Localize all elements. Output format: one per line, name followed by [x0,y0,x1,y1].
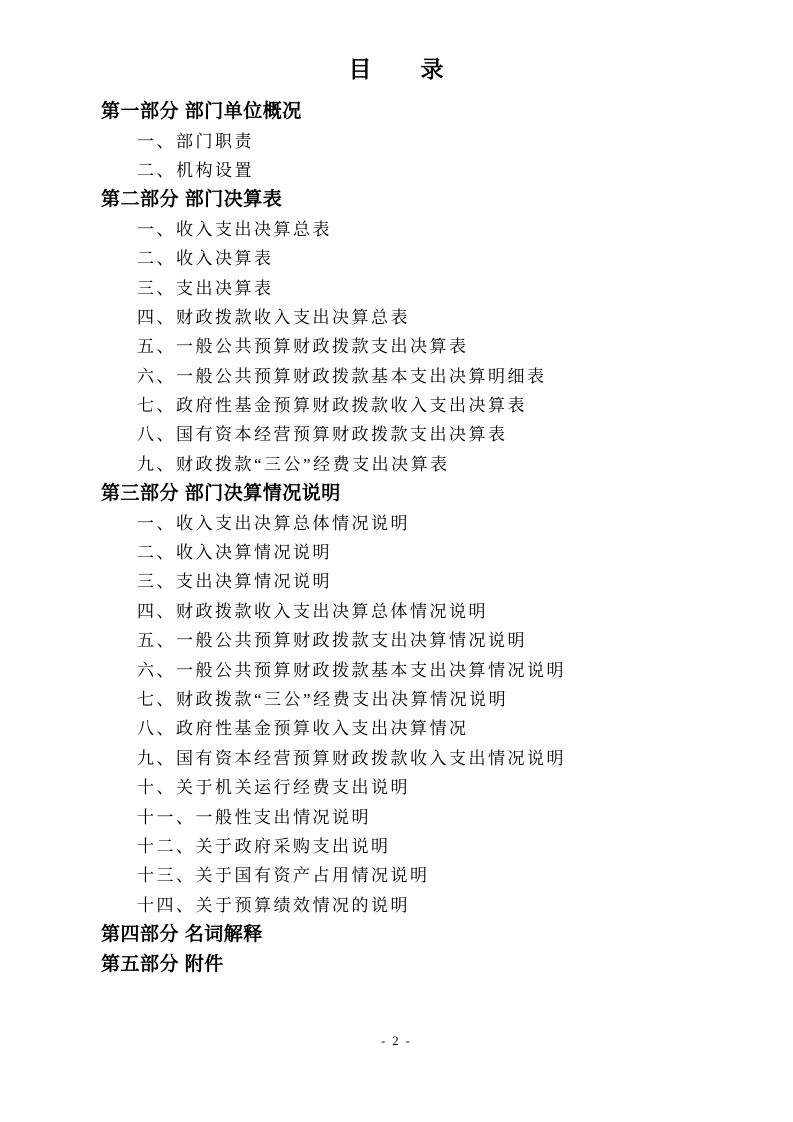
page-title: 目 录 [0,52,793,86]
section-heading-1: 第一部分 部门单位概况 [0,95,793,124]
section-heading-2: 第二部分 部门决算表 [0,183,793,212]
toc-entry: 六、一般公共预算财政拨款基本支出决算明细表 [0,360,793,389]
section-heading-5: 第五部分 附件 [0,947,793,976]
toc-entry: 十四、关于预算绩效情况的说明 [0,889,793,918]
toc-entry: 八、国有资本经营预算财政拨款支出决算表 [0,418,793,447]
toc-entry: 七、财政拨款“三公”经费支出决算情况说明 [0,683,793,712]
toc-entry: 一、部门职责 [0,124,793,153]
document-page: 目 录 第一部分 部门单位概况 一、部门职责 二、机构设置 第二部分 部门决算表… [0,0,793,1122]
toc-entry: 四、财政拨款收入支出决算总体情况说明 [0,595,793,624]
toc-entry: 二、机构设置 [0,154,793,183]
section-heading-3: 第三部分 部门决算情况说明 [0,477,793,506]
page-number: - 2 - [0,1034,793,1049]
toc-entry: 七、政府性基金预算财政拨款收入支出决算表 [0,389,793,418]
toc-list: 第一部分 部门单位概况 一、部门职责 二、机构设置 第二部分 部门决算表 一、收… [0,95,793,977]
toc-entry: 一、收入支出决算总体情况说明 [0,506,793,535]
toc-entry: 四、财政拨款收入支出决算总表 [0,301,793,330]
toc-entry: 八、政府性基金预算收入支出决算情况 [0,712,793,741]
toc-entry: 九、国有资本经营预算财政拨款收入支出情况说明 [0,742,793,771]
toc-entry: 十一、一般性支出情况说明 [0,800,793,829]
toc-entry: 一、收入支出决算总表 [0,213,793,242]
toc-entry: 五、一般公共预算财政拨款支出决算情况说明 [0,624,793,653]
toc-entry: 六、一般公共预算财政拨款基本支出决算情况说明 [0,653,793,682]
section-heading-4: 第四部分 名词解释 [0,918,793,947]
toc-entry: 二、收入决算情况说明 [0,536,793,565]
toc-entry: 九、财政拨款“三公”经费支出决算表 [0,448,793,477]
toc-entry: 三、支出决算情况说明 [0,565,793,594]
toc-entry: 十、关于机关运行经费支出说明 [0,771,793,800]
toc-entry: 五、一般公共预算财政拨款支出决算表 [0,330,793,359]
toc-entry: 十三、关于国有资产占用情况说明 [0,859,793,888]
toc-entry: 三、支出决算表 [0,271,793,300]
toc-entry: 二、收入决算表 [0,242,793,271]
toc-entry: 十二、关于政府采购支出说明 [0,830,793,859]
